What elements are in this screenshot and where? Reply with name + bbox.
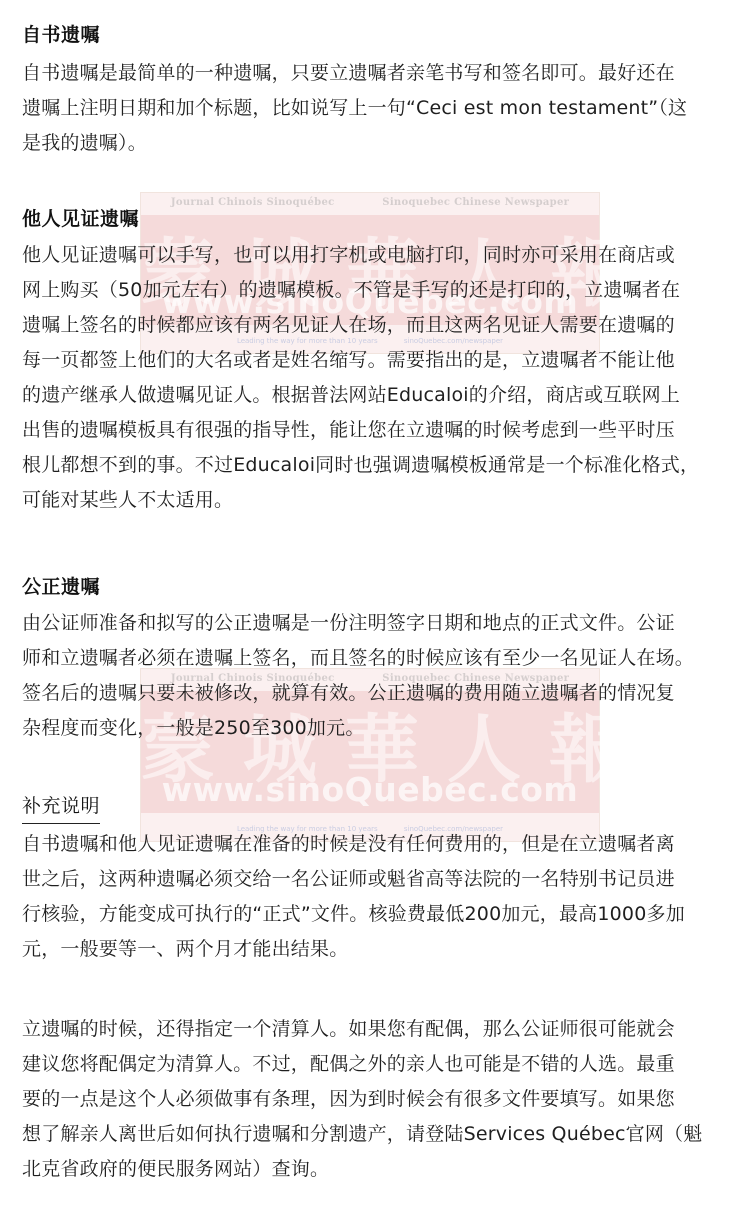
text-line: 遗嘱上注明日期和加个标题，比如说写上一句“Ceci est mon testam… [22,91,722,126]
watermark-header-left: Journal Chinois Sinoquébec [171,197,335,208]
text-line: 建议您将配偶定为清算人。不过，配偶之外的亲人也可能是不错的人选。最重 [22,1047,722,1082]
text-line: 网上购买（50加元左右）的遗嘱模板。不管是手写的还是打印的，立遗嘱者在 [22,273,722,308]
section-title-witnessed-will: 他人见证遗嘱 [22,206,139,232]
text-line: 世之后，这两种遗嘱必须交给一名公证师或魁省高等法院的一名特别书记员进 [22,862,722,897]
text-line: 杂程度而变化，一般是250至300加元。 [22,711,722,746]
text-line: 立遗嘱的时候，还得指定一个清算人。如果您有配偶，那么公证师很可能就会 [22,1012,722,1047]
paragraph-supplementary-notes: 自书遗嘱和他人见证遗嘱在准备的时候是没有任何费用的，但是在立遗嘱者离 世之后，这… [22,827,722,967]
section-title-notarial-will: 公正遗嘱 [22,574,100,600]
paragraph-witnessed-will: 他人见证遗嘱可以手写，也可以用打字机或电脑打印，同时亦可采用在商店或 网上购买（… [22,238,722,518]
text-line: 元，一般要等一、两个月才能出结果。 [22,932,722,967]
text-line: 要的一点是这个人必须做事有条理，因为到时候会有很多文件要填写。如果您 [22,1082,722,1117]
watermark-header-right: Sinoquebec Chinese Newspaper [382,197,569,208]
paragraph-liquidator: 立遗嘱的时候，还得指定一个清算人。如果您有配偶，那么公证师很可能就会 建议您将配… [22,1012,722,1187]
watermark-header: Journal Chinois Sinoquébec Sinoquebec Ch… [141,197,599,208]
text-line: 自书遗嘱和他人见证遗嘱在准备的时候是没有任何费用的，但是在立遗嘱者离 [22,827,722,862]
text-line: 北克省政府的便民服务网站）查询。 [22,1152,722,1187]
paragraph-notarial-will: 由公证师准备和拟写的公正遗嘱是一份注明签字日期和地点的正式文件。公证 师和立遗嘱… [22,606,722,746]
text-line: 行核验，方能变成可执行的“正式”文件。核验费最低200加元，最高1000多加 [22,897,722,932]
text-line: 想了解亲人离世后如何执行遗嘱和分割遗产，请登陆Services Québec官网… [22,1117,722,1152]
paragraph-holograph-will: 自书遗嘱是最简单的一种遗嘱，只要立遗嘱者亲笔书写和签名即可。最好还在 遗嘱上注明… [22,56,722,161]
text-line: 是我的遗嘱）。 [22,126,722,161]
watermark-url: www.sinoQuebec.com [141,770,599,809]
section-title-supplementary-notes: 补充说明 [22,793,100,824]
text-line: 自书遗嘱是最简单的一种遗嘱，只要立遗嘱者亲笔书写和签名即可。最好还在 [22,56,722,91]
text-line: 师和立遗嘱者必须在遗嘱上签名，而且签名的时候应该有至少一名见证人在场。 [22,641,722,676]
text-line: 遗嘱上签名的时候都应该有两名见证人在场，而且这两名见证人需要在遗嘱的 [22,308,722,343]
text-line: 可能对某些人不太适用。 [22,483,722,518]
text-line: 的遗产继承人做遗嘱见证人。根据普法网站Educaloi的介绍，商店或互联网上 [22,378,722,413]
text-line: 出售的遗嘱模板具有很强的指导性，能让您在立遗嘱的时候考虑到一些平时压 [22,413,722,448]
text-line: 由公证师准备和拟写的公正遗嘱是一份注明签字日期和地点的正式文件。公证 [22,606,722,641]
text-line: 他人见证遗嘱可以手写，也可以用打字机或电脑打印，同时亦可采用在商店或 [22,238,722,273]
text-line: 每一页都签上他们的大名或者是姓名缩写。需要指出的是，立遗嘱者不能让他 [22,343,722,378]
section-title-holograph-will: 自书遗嘱 [22,22,100,48]
text-line: 根儿都想不到的事。不过Educaloi同时也强调遗嘱模板通常是一个标准化格式， [22,448,722,483]
text-line: 签名后的遗嘱只要未被修改，就算有效。公正遗嘱的费用随立遗嘱者的情况复 [22,676,722,711]
